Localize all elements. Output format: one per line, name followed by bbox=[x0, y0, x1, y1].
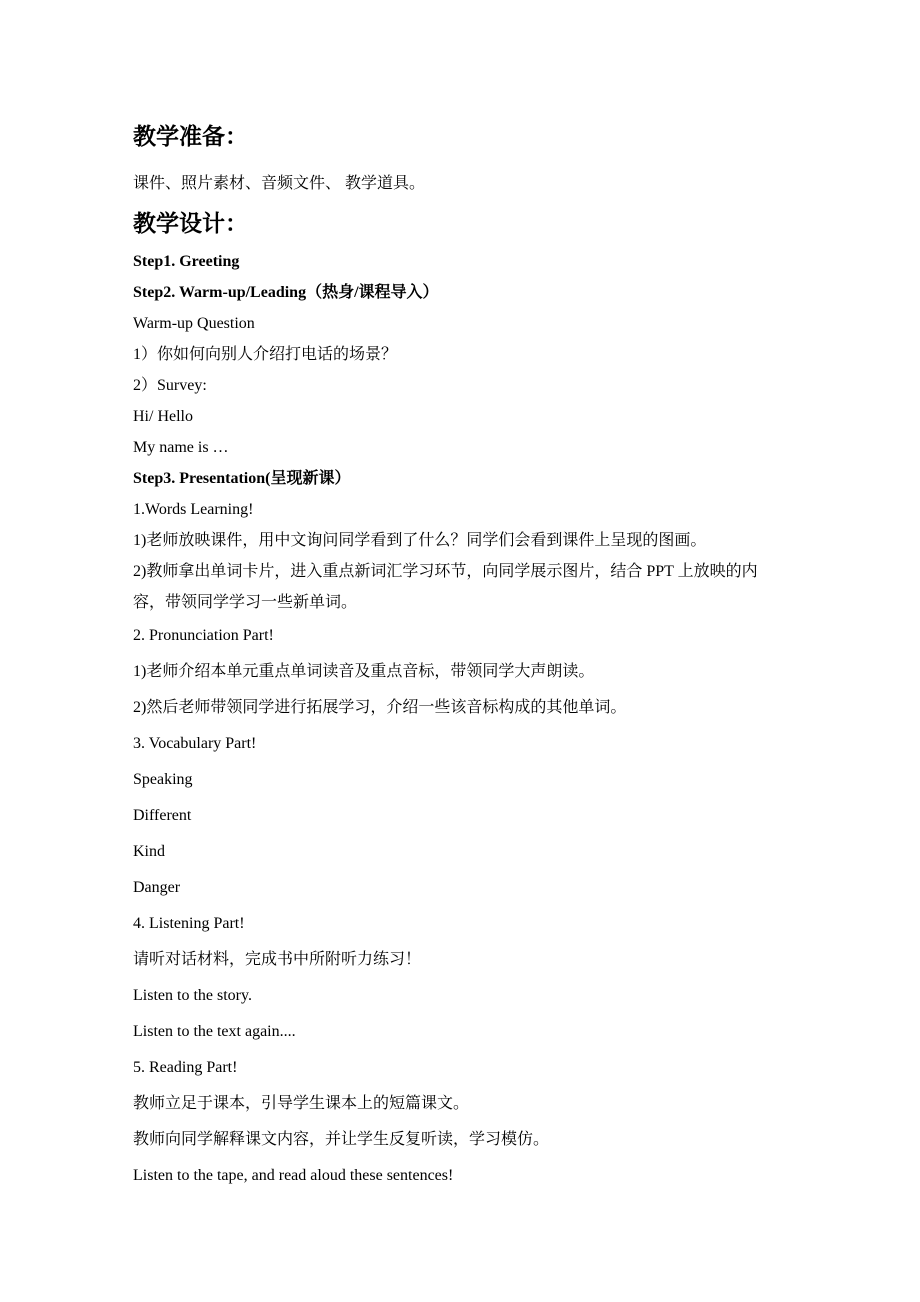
word-danger: Danger bbox=[133, 870, 763, 906]
paragraph-warmup-q2-survey: 2）Survey: bbox=[133, 370, 763, 401]
word-kind: Kind bbox=[133, 834, 763, 870]
paragraph-reading-1: 教师立足于课本，引导学生课本上的短篇课文。 bbox=[133, 1086, 763, 1122]
heading-teaching-preparation: 教学准备： bbox=[133, 120, 763, 154]
paragraph-pronunciation-part: 2. Pronunciation Part! bbox=[133, 618, 763, 654]
paragraph-warmup-question: Warm-up Question bbox=[133, 308, 763, 339]
step1-greeting: Step1. Greeting bbox=[133, 246, 763, 277]
paragraph-listening-instruction: 请听对话材料，完成书中所附听力练习！ bbox=[133, 942, 763, 978]
paragraph-listen-story: Listen to the story. bbox=[133, 978, 763, 1014]
heading-teaching-design: 教学设计： bbox=[133, 207, 763, 241]
paragraph-pronunciation-1: 1)老师介绍本单元重点单词读音及重点音标，带领同学大声朗读。 bbox=[133, 654, 763, 690]
paragraph-my-name-is: My name is … bbox=[133, 432, 763, 463]
paragraph-listen-again: Listen to the text again.... bbox=[133, 1014, 763, 1050]
paragraph-hi-hello: Hi/ Hello bbox=[133, 401, 763, 432]
step2-warmup-leading: Step2. Warm-up/Leading（热身/课程导入） bbox=[133, 277, 763, 308]
paragraph-reading-2: 教师向同学解释课文内容，并让学生反复听读，学习模仿。 bbox=[133, 1122, 763, 1158]
paragraph-words-learning: 1.Words Learning! bbox=[133, 494, 763, 525]
paragraph-reading-part: 5. Reading Part! bbox=[133, 1050, 763, 1086]
paragraph-pronunciation-2: 2)然后老师带领同学进行拓展学习，介绍一些该音标构成的其他单词。 bbox=[133, 690, 763, 726]
paragraph-words-learning-2: 2)教师拿出单词卡片，进入重点新词汇学习环节，向同学展示图片，结合 PPT 上放… bbox=[133, 556, 763, 618]
word-different: Different bbox=[133, 798, 763, 834]
paragraph-listening-part: 4. Listening Part! bbox=[133, 906, 763, 942]
document-page: 教学准备：课件、照片素材、音频文件、 教学道具。教学设计：Step1. Gree… bbox=[0, 0, 920, 1302]
step3-presentation: Step3. Presentation(呈现新课） bbox=[133, 463, 763, 494]
paragraph-vocabulary-part: 3. Vocabulary Part! bbox=[133, 726, 763, 762]
word-speaking: Speaking bbox=[133, 762, 763, 798]
paragraph-listen-tape: Listen to the tape, and read aloud these… bbox=[133, 1158, 763, 1194]
paragraph-words-learning-1: 1)老师放映课件，用中文询问同学看到了什么？同学们会看到课件上呈现的图画。 bbox=[133, 525, 763, 556]
paragraph-warmup-q1: 1）你如何向别人介绍打电话的场景？ bbox=[133, 339, 763, 370]
paragraph-materials: 课件、照片素材、音频文件、 教学道具。 bbox=[133, 168, 763, 199]
